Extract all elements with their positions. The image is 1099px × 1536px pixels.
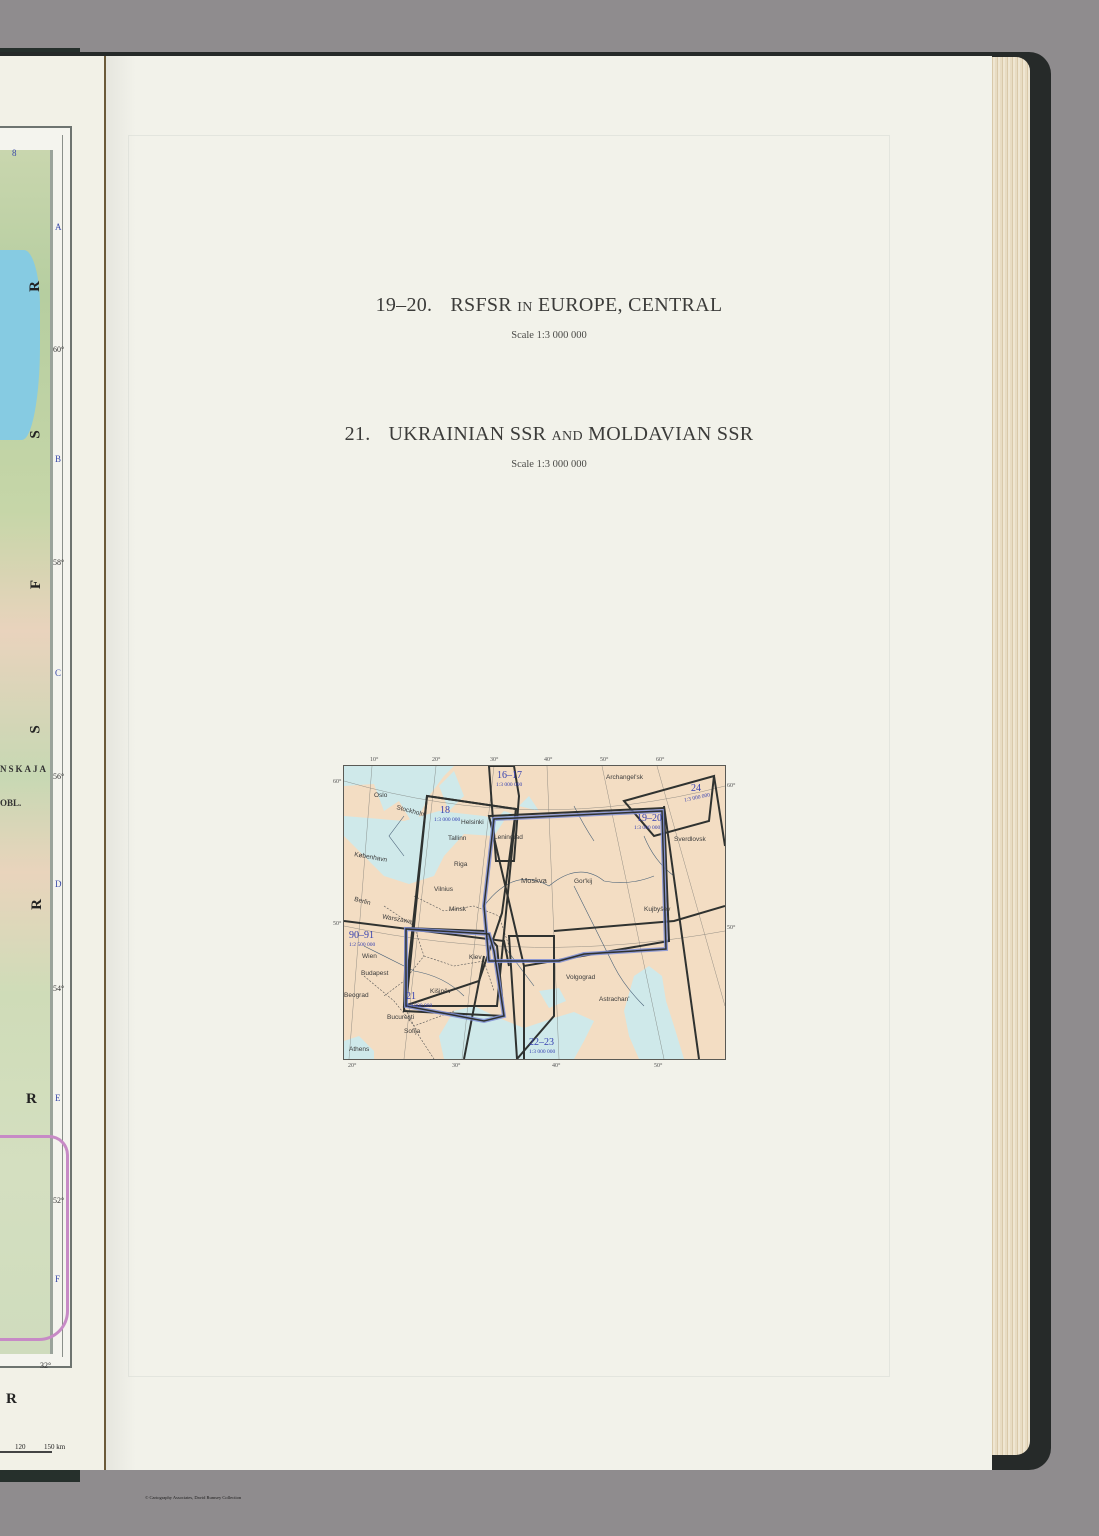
region-letter: S	[28, 725, 45, 733]
latitude-56: 56°	[53, 772, 64, 781]
left-page: 8 A B C D E F 60° 58° 56° 54° 52° 32° R …	[0, 56, 104, 1470]
entry-title-19-20: 19–20.RSFSR in EUROPE, CENTRAL	[106, 294, 992, 317]
tick-bottom-50: 50°	[654, 1063, 662, 1069]
city-kisinev: Kišinëv	[430, 988, 451, 995]
latitude-52: 52°	[53, 1196, 64, 1205]
tick-left-50: 50°	[333, 921, 341, 927]
latitude-60: 60°	[53, 345, 64, 354]
tick-bottom-20: 20°	[348, 1063, 356, 1069]
sheet-16-17-number: 16–17	[497, 771, 522, 781]
scale-label-120: 120	[15, 1443, 26, 1451]
tick-right-50: 50°	[727, 925, 735, 931]
entry-number: 19–20.	[376, 294, 433, 316]
title-connector: and	[552, 429, 583, 444]
city-bucuresti: Bucureşti	[387, 1014, 414, 1021]
right-page-faint-frame	[128, 135, 890, 1377]
city-tallinn: Tallinn	[448, 835, 466, 842]
region-text: OBL.	[0, 798, 21, 808]
title-part: UKRAINIAN SSR	[389, 423, 547, 445]
sheet-90-91-scale: 1:2 500 000	[349, 942, 375, 948]
sheet-22-23-scale: 1:3 000 000	[529, 1049, 555, 1055]
city-kujbysev: Kujbyšev	[644, 906, 670, 913]
city-astrachan: Astrachan'	[599, 996, 630, 1003]
city-budapest: Budapest	[361, 970, 388, 977]
city-sofija: Sofija	[404, 1028, 420, 1035]
column-number: 8	[12, 148, 17, 158]
region-letter: R	[29, 899, 46, 910]
entry-scale-21: Scale 1:3 000 000	[106, 459, 992, 470]
row-letter-a: A	[55, 222, 62, 232]
title-connector: in	[517, 300, 532, 315]
city-sverdlovsk: Sverdlovsk	[674, 836, 706, 843]
sheet-22-23-number: 22–23	[529, 1038, 554, 1048]
scale-bar	[0, 1451, 52, 1453]
city-minsk: Minsk	[449, 906, 466, 913]
border-line	[0, 1135, 69, 1341]
city-leningrad: Leningrad	[494, 834, 523, 841]
sheet-19-20-number: 19–20	[637, 814, 662, 824]
title-part: EUROPE, CENTRAL	[538, 294, 723, 316]
sheet-90-91-number: 90–91	[349, 931, 374, 941]
tick-top-10: 10°	[370, 757, 378, 763]
city-archangelsk: Archangel'sk	[606, 774, 643, 781]
region-letter: R	[27, 281, 44, 292]
region-letter: S	[28, 430, 45, 438]
entry-number: 21.	[345, 423, 371, 445]
tick-top-30: 30°	[490, 757, 498, 763]
row-letter-f: F	[55, 1274, 60, 1284]
sheet-21-scale: 1:3 000 000	[406, 1003, 432, 1009]
region-text: NSKAJA	[0, 764, 48, 774]
title-part: RSFSR	[450, 294, 512, 316]
latitude-54: 54°	[53, 984, 64, 993]
tick-right-60: 60°	[727, 783, 735, 789]
sheet-19-20-scale: 1:3 000 000	[634, 825, 660, 831]
city-wien: Wien	[362, 953, 377, 960]
city-riga: Riga	[454, 861, 467, 868]
tick-bottom-40: 40°	[552, 1063, 560, 1069]
tick-bottom-30: 30°	[452, 1063, 460, 1069]
city-helsinki: Helsinki	[461, 819, 484, 826]
row-letter-b: B	[55, 454, 61, 464]
lake-ladoga	[0, 250, 40, 440]
city-kiev: Kiev	[469, 954, 482, 961]
row-letter-c: C	[55, 668, 61, 678]
city-moskva: Moskva	[521, 876, 547, 885]
sheet-21-number: 21	[406, 992, 416, 1002]
page-edges	[990, 57, 1030, 1455]
title-part: MOLDAVIAN SSR	[588, 423, 753, 445]
city-athens: Athens	[349, 1046, 369, 1053]
city-beograd: Beograd	[344, 992, 369, 999]
sheet-16-17-scale: 1:3 000 000	[496, 782, 522, 788]
city-oslo: Oslo	[374, 792, 387, 799]
tick-top-60: 60°	[656, 757, 664, 763]
region-letter: R	[26, 1091, 37, 1108]
row-letter-e: E	[55, 1093, 61, 1103]
city-vilnius: Vilnius	[434, 886, 453, 893]
index-map: Archangel'sk Oslo Stockholm Helsinki Len…	[343, 765, 726, 1060]
sheet-18-scale: 1:3 000 000	[434, 817, 460, 823]
longitude-32: 32°	[40, 1361, 51, 1370]
entry-scale-19-20: Scale 1:3 000 000	[106, 330, 992, 341]
tick-top-20: 20°	[432, 757, 440, 763]
credit-line: © Cartography Associates, David Rumsey C…	[145, 1495, 241, 1500]
latitude-58: 58°	[53, 558, 64, 567]
tick-top-40: 40°	[544, 757, 552, 763]
row-letter-d: D	[55, 879, 62, 889]
city-gorkij: Gor'kij	[574, 878, 592, 885]
tick-left-60: 60°	[333, 779, 341, 785]
city-volgograd: Volgograd	[566, 974, 595, 981]
sheet-18-number: 18	[440, 806, 450, 816]
region-letter: R	[6, 1391, 17, 1408]
region-letter: F	[28, 580, 45, 589]
tick-top-50: 50°	[600, 757, 608, 763]
scale-label-150: 150 km	[44, 1443, 65, 1451]
entry-title-21: 21.UKRAINIAN SSR and MOLDAVIAN SSR	[106, 423, 992, 446]
left-map-sliver	[0, 150, 53, 1354]
sheet-24-number: 24	[691, 784, 701, 794]
